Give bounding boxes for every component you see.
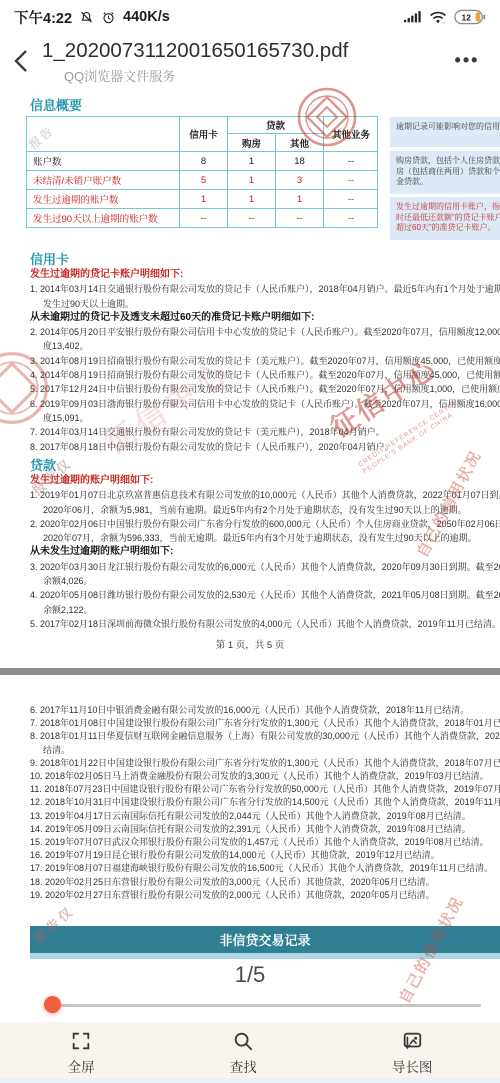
find-label: 查找 [230,1056,257,1076]
doc-line: 3. 2020年03月30日龙江银行股份有限公司发放的6,000元（人民币）其他… [0,560,500,574]
summary-heading: 信息概要 [0,98,82,114]
doc-line: 余额2,122。 [0,603,500,617]
summary-table-header: 信用卡 贷款 购房 其他 其他业务 [27,117,377,151]
cell-other-business: -- [323,171,378,189]
page-break-divider [0,668,500,675]
doc-line: 12. 2018年10月31日中国建设银行股份有限公司广东省分行发放的14,50… [0,796,500,809]
doc-line: 2. 2020年02月06日中国银行股份有限公司广东省分行发放的600,000元… [0,517,500,531]
back-button[interactable] [8,46,34,76]
doc-line: 发生过逾期的贷记卡账户明细如下: [0,268,500,282]
cell-credit-card: 8 [179,152,227,170]
doc-line: 11. 2018年07月23日中国建设银行股份有限公司广东省分行发放的50,00… [0,783,500,796]
doc-line: 3. 2014年08月19日招商银行股份有限公司发放的贷记卡（美元账户）。截至2… [0,354,500,368]
col-other-business: 其他业务 [323,117,378,151]
doc-line: 9. 2018年01月22日中国建设银行股份有限公司广东省分行发放的1,300元… [0,757,500,770]
non-credit-records-banner: 非信贷交易记录 [30,926,500,953]
cell-loan-other: 18 [275,152,323,170]
doc-line: 度15,091。 [0,411,500,425]
doc-line: 7. 2014年03月14日交通银行股份有限公司发放的贷记卡（美元账户），201… [0,425,500,439]
cell-loan-house: -- [227,209,275,227]
credit-card-lines: 发生过逾期的贷记卡账户明细如下:1. 2014年03月14日交通银行股份有限公司… [0,268,500,454]
battery-icon: 12 [454,9,486,25]
note-line: 超过60天”的准贷记卡账户。 [396,223,500,234]
table-row: 发生过逾期的账户数 1 1 1 -- [27,189,377,208]
loan-heading: 贷款 [0,458,500,474]
doc-line: 1. 2014年03月14日交通银行股份有限公司发放的贷记卡（人民币账户），20… [0,282,500,296]
doc-line: 发生过90天以上逾期。 [0,297,500,311]
doc-line: 2020年07月，余额为596,333，当前无逾期。最近5年内有3个月处于逾期状… [0,531,500,545]
page-scrubber-track[interactable] [53,1004,481,1007]
export-long-image-icon [400,1030,424,1052]
table-corner-cell [27,117,179,151]
doc-line: 6. 2019年09月03日渤海银行股份有限公司信用卡中心发放的贷记卡（人民币账… [0,397,500,411]
page2-loan-lines: 6. 2017年11月10日中银消费金融有限公司发放的16,000元（人民币）其… [0,704,500,902]
network-speed: 440K/s [123,9,170,25]
signal-icon [404,10,422,24]
doc-line: 余额4,026。 [0,574,500,588]
document-source: QQ浏览器文件服务 [64,66,175,85]
doc-line: 19. 2020年02月27日东营银行股份有限公司发放的2,000元（人民币）其… [0,889,500,902]
doc-line: 13. 2019年04月17日云南国际信托有限公司发放的2,044元（人民币）其… [0,810,500,823]
doc-line: 1. 2019年01月07日北京玖富普惠信息技术有限公司发放的10,000元（人… [0,488,500,502]
summary-table-body: 账户数 8 1 18 -- 未结清/未销户账户数 5 1 3 -- [27,151,377,227]
search-icon [232,1030,254,1052]
doc-line: 7. 2018年01月08日中国建设银行股份有限公司广东省分行发放的1,300元… [0,717,500,730]
col-loan-house: 购房 [227,134,275,151]
note-line: 逾期记录可能影响对您的信用评价。 [396,122,500,133]
summary-table: 信用卡 贷款 购房 其他 其他业务 账户数 8 1 18 -- [26,116,378,228]
row-label: 发生过90天以上逾期的账户数 [27,209,179,227]
page-scrubber-handle[interactable] [44,996,61,1013]
status-time: 下午4:22 [14,7,72,28]
doc-line: 17. 2019年08月07日福建海峡银行股份有限公司发放的16,500元（人民… [0,862,500,875]
col-loan: 贷款 [227,117,323,134]
pdf-page-view[interactable]: 信息概要 信用卡 贷款 购房 其他 其他业务 账户数 8 1 18 [0,88,500,995]
note-line: 发生过逾期的信用卡账户，指曾经“按 [396,202,500,213]
note-line: 时还最低还款额”的贷记卡账户和“透支 [396,213,500,224]
banner-underline [30,953,500,959]
doc-line: 15. 2019年07月07日武汉众邦银行股份有限公司发放的1,457元（人民币… [0,836,500,849]
cell-loan-other: 1 [275,190,323,208]
doc-line: 14. 2019年05月09日云南国际信托有限公司发放的2,391元（人民币）其… [0,823,500,836]
table-row: 发生过90天以上逾期的账户数 -- -- -- -- [27,208,377,227]
doc-line: 18. 2020年02月25日东营银行股份有限公司发放的3,000元（人民币）其… [0,876,500,889]
cell-loan-house: 1 [227,152,275,170]
alarm-icon [101,10,116,25]
fullscreen-icon [70,1030,92,1052]
cell-loan-house: 1 [227,171,275,189]
cell-credit-card: 1 [179,190,227,208]
row-label: 发生过逾期的账户数 [27,190,179,208]
doc-line: 4. 2014年08月19日招商银行股份有限公司发放的贷记卡（人民币账户）。截至… [0,368,500,382]
note-house-loan-definition: 购房贷款，包括个人住房贷款、个人商房（包括商住两用）贷款和个人住房公金贷款。 [390,151,500,194]
export-long-image-label: 导长图 [392,1056,433,1076]
status-bar: 下午4:22 440K/s , 12 [0,0,500,34]
cell-loan-other: 3 [275,171,323,189]
doc-line: 8. 2017年08月18日中信银行股份有限公司发放的贷记卡（人民币账户），20… [0,440,500,454]
find-button[interactable]: 查找 [230,1030,257,1076]
doc-line: 8. 2018年01月11日华夏信财互联网金融信息服务（上海）有限公司发放的30… [0,730,500,743]
bottom-edge-strip [0,1078,500,1083]
doc-line: 10. 2018年02月05日马上消费金融股份有限公司发放的3,300元（人民币… [0,770,500,783]
more-menu-button[interactable]: ••• [450,48,484,72]
export-long-image-button[interactable]: 导长图 [392,1030,433,1076]
fullscreen-button[interactable]: 全屏 [68,1030,95,1076]
mute-icon [79,10,94,25]
page-indicator: 1/5 [0,962,500,988]
row-label: 账户数 [27,152,179,170]
col-loan-other: 其他 [275,134,323,151]
doc-line: 发生过逾期的账户明细如下: [0,474,500,488]
table-row: 未结清/未销户账户数 5 1 3 -- [27,170,377,189]
doc-line: 16. 2019年07月19日昆仑银行股份有限公司发放的14,000元（人民币）… [0,849,500,862]
cell-other-business: -- [323,209,378,227]
credit-card-section: 信用卡 发生过逾期的贷记卡账户明细如下:1. 2014年03月14日交通银行股份… [0,252,500,454]
cell-other-business: -- [323,190,378,208]
cell-credit-card: -- [179,209,227,227]
doc-line: 5. 2017年02月18日深圳前海微众银行股份有限公司发放的4,000元（人民… [0,617,500,631]
bottom-toolbar: 全屏 查找 导长图 [0,1022,500,1083]
note-overdue-card-definition: 发生过逾期的信用卡账户，指曾经“按时还最低还款额”的贷记卡账户和“透支超过60天… [390,197,500,240]
doc-line: 度13,402。 [0,339,500,353]
doc-line: 6. 2017年11月10日中银消费金融有限公司发放的16,000元（人民币）其… [0,704,500,717]
cell-loan-other: -- [275,209,323,227]
doc-line: 4. 2020年05月08日潍坊银行股份有限公司发放的2,530元（人民币）其他… [0,588,500,602]
doc-line: 结清。 [0,744,500,757]
table-row: 账户数 8 1 18 -- [27,151,377,170]
note-line: 金贷款。 [396,177,500,188]
svg-text:,: , [443,19,444,24]
doc-line: 2020年06月，余额为5,981，当前有逾期。最近5年内有2个月处于逾期状态，… [0,503,500,517]
row-label: 未结清/未销户账户数 [27,171,179,189]
document-title: 1_2020073112001650165730.pdf [42,39,432,63]
cell-credit-card: 5 [179,171,227,189]
battery-percent-svg: 12 [462,12,472,22]
loan-lines: 发生过逾期的账户明细如下:1. 2019年01月07日北京玖富普惠信息技术有限公… [0,474,500,631]
note-line: 房（包括商住两用）贷款和个人住房公 [396,167,500,178]
cell-other-business: -- [323,152,378,170]
doc-line: 5. 2017年12月24日中信银行股份有限公司发放的贷记卡（人民币账户）。截至… [0,382,500,396]
doc-line: 2. 2014年05月20日平安银行股份有限公司信用卡中心发放的贷记卡（人民币账… [0,325,500,339]
doc-line: 从未逾期过的贷记卡及透支未超过60天的准贷记卡账户明细如下: [0,311,500,325]
title-bar: 1_2020073112001650165730.pdf QQ浏览器文件服务 •… [0,34,500,89]
note-line: 购房贷款，包括个人住房贷款、个人商 [396,156,500,167]
loan-section: 贷款 发生过逾期的账户明细如下:1. 2019年01月07日北京玖富普惠信息技术… [0,458,500,631]
credit-card-heading: 信用卡 [0,252,500,268]
phone-screen: 下午4:22 440K/s , 12 [0,0,500,1083]
note-overdue-impact: 逾期记录可能影响对您的信用评价。 [390,117,500,147]
fullscreen-label: 全屏 [68,1056,95,1076]
page-footer: 第 1 页，共 5 页 [0,637,500,651]
wifi-icon: , [429,10,447,24]
doc-line: 从未发生过逾期的账户明细如下: [0,545,500,559]
col-credit-card: 信用卡 [179,117,227,151]
cell-loan-house: 1 [227,190,275,208]
